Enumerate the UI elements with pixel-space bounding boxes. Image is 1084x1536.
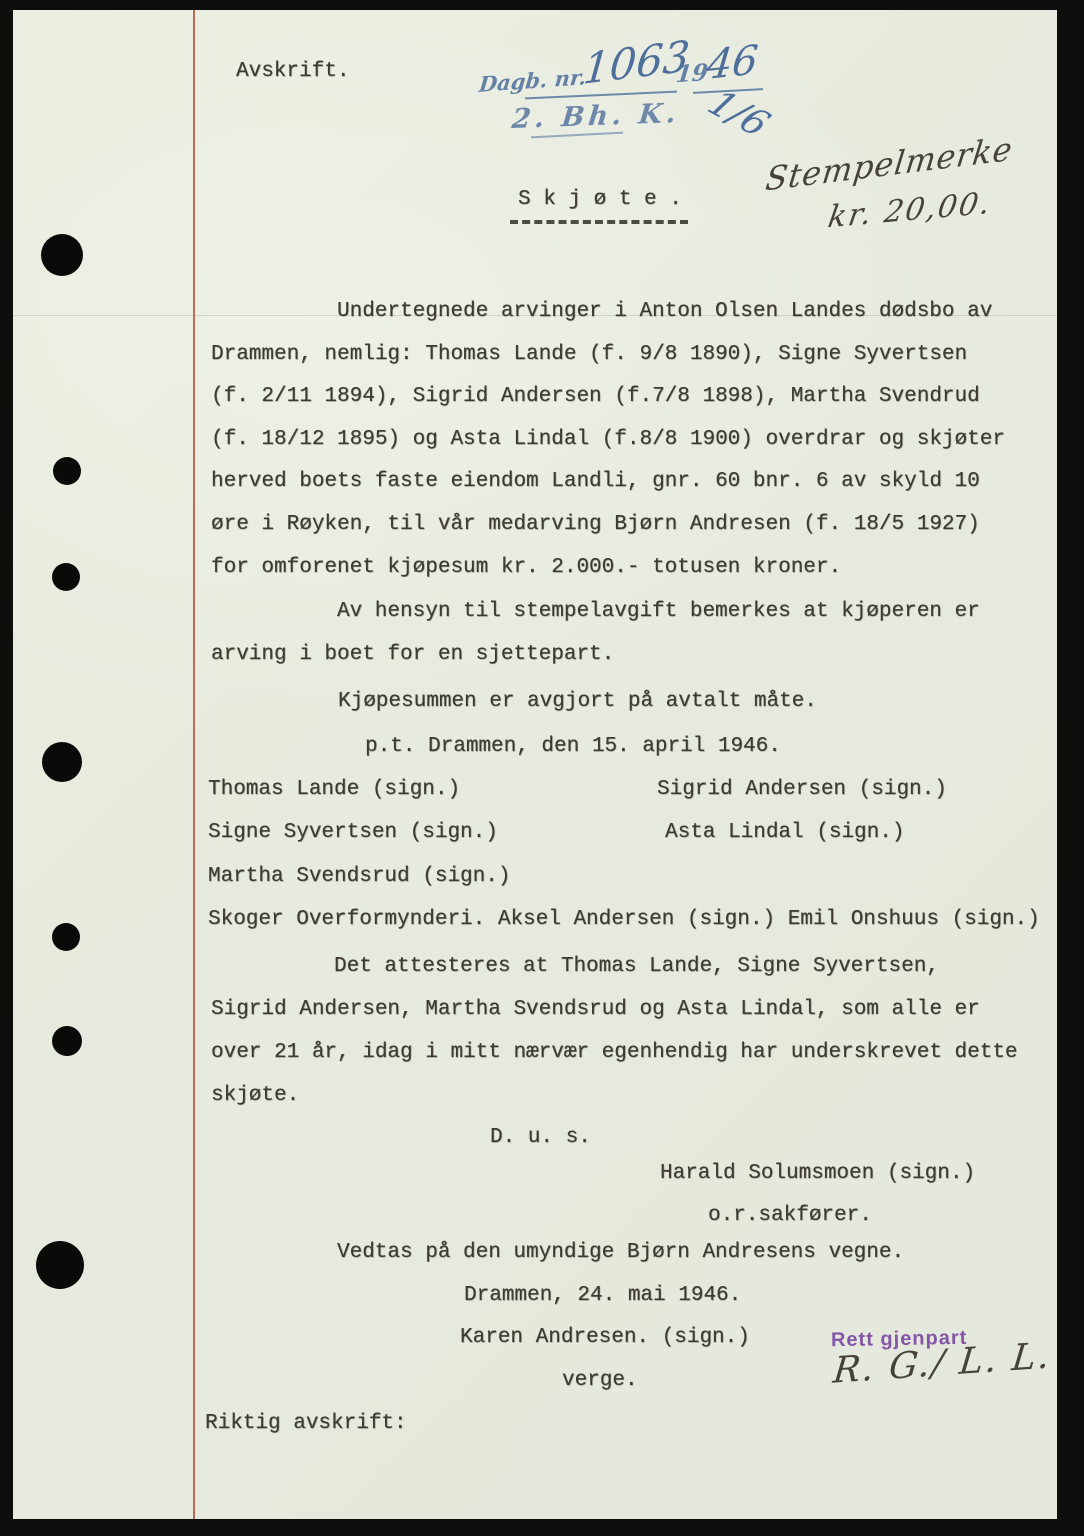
- typed-line-6: øre i Røyken, til vår medarving Bjørn An…: [211, 513, 980, 537]
- typed-line-17: Skoger Overformynderi. Aksel Andersen (s…: [208, 908, 1040, 932]
- typed-line-21: skjøte.: [211, 1084, 299, 1108]
- typed-line-16: Martha Svendsrud (sign.): [208, 865, 510, 889]
- typed-line-27: Karen Andresen. (sign.): [460, 1326, 750, 1350]
- typed-line-25: Vedtas på den umyndige Bjørn Andresens v…: [337, 1241, 904, 1265]
- hole-punch: [53, 457, 81, 485]
- typed-line-28: verge.: [562, 1369, 638, 1393]
- red-margin-line: [193, 10, 195, 1519]
- hole-punch: [36, 1241, 84, 1289]
- typed-line-13: Sigrid Andersen (sign.): [657, 778, 947, 802]
- hole-punch: [42, 742, 82, 782]
- typed-line-29: Riktig avskrift:: [205, 1412, 407, 1436]
- avskrift-label: Avskrift.: [236, 60, 349, 84]
- stamp-duty-note-line2: kr. 20,00.: [826, 189, 994, 234]
- typed-line-22: D. u. s.: [490, 1126, 591, 1150]
- hole-punch: [52, 563, 80, 591]
- fraction-note-handwriting: 1/6: [702, 84, 777, 142]
- typed-line-2: Drammen, nemlig: Thomas Lande (f. 9/8 18…: [211, 343, 967, 367]
- typed-line-10: Kjøpesummen er avgjort på avtalt måte.: [338, 690, 817, 714]
- hole-punch: [52, 923, 80, 951]
- typed-line-18: Det attesteres at Thomas Lande, Signe Sy…: [334, 955, 939, 979]
- daybook-year-handwriting: 46: [705, 40, 760, 86]
- paper-sheet: Avskrift. Dagb. nr. 1063 19 46 2. Bh. K.…: [13, 10, 1057, 1519]
- title-underline: [510, 220, 688, 224]
- typed-line-1: Undertegnede arvinger i Anton Olsen Land…: [337, 300, 992, 324]
- typed-line-11: p.t. Drammen, den 15. april 1946.: [365, 735, 781, 759]
- typed-line-23: Harald Solumsmoen (sign.): [660, 1162, 975, 1186]
- typed-line-20: over 21 år, idag i mitt nærvær egenhendi…: [211, 1041, 1018, 1065]
- typed-line-14: Signe Syvertsen (sign.): [208, 821, 498, 845]
- typed-line-5: herved boets faste eiendom Landli, gnr. …: [211, 470, 980, 494]
- document-title: S k j ø t e .: [518, 188, 682, 212]
- typed-line-24: o.r.sakfører.: [708, 1204, 872, 1228]
- typed-line-3: (f. 2/11 1894), Sigrid Andersen (f.7/8 1…: [211, 385, 980, 409]
- typed-line-9: arving i boet for en sjettepart.: [211, 643, 614, 667]
- registry-code-handwriting: 2. Bh. K.: [511, 100, 681, 133]
- hole-punch: [41, 234, 83, 276]
- hole-punch: [52, 1026, 82, 1056]
- daybook-label-handwriting: Dagb. nr.: [478, 66, 587, 95]
- daybook-year-prefix-handwriting: 19: [675, 61, 709, 86]
- typed-line-8: Av hensyn til stempelavgift bemerkes at …: [337, 600, 980, 624]
- typed-line-12: Thomas Lande (sign.): [208, 778, 460, 802]
- typed-line-4: (f. 18/12 1895) og Asta Lindal (f.8/8 19…: [211, 428, 1005, 452]
- typed-line-26: Drammen, 24. mai 1946.: [464, 1284, 741, 1308]
- typed-line-15: Asta Lindal (sign.): [665, 821, 904, 845]
- typed-line-7: for omforenet kjøpesum kr. 2.000.- totus…: [211, 556, 841, 580]
- typed-line-19: Sigrid Andersen, Martha Svendsrud og Ast…: [211, 998, 980, 1022]
- scanned-deed-page: Avskrift. Dagb. nr. 1063 19 46 2. Bh. K.…: [0, 0, 1084, 1536]
